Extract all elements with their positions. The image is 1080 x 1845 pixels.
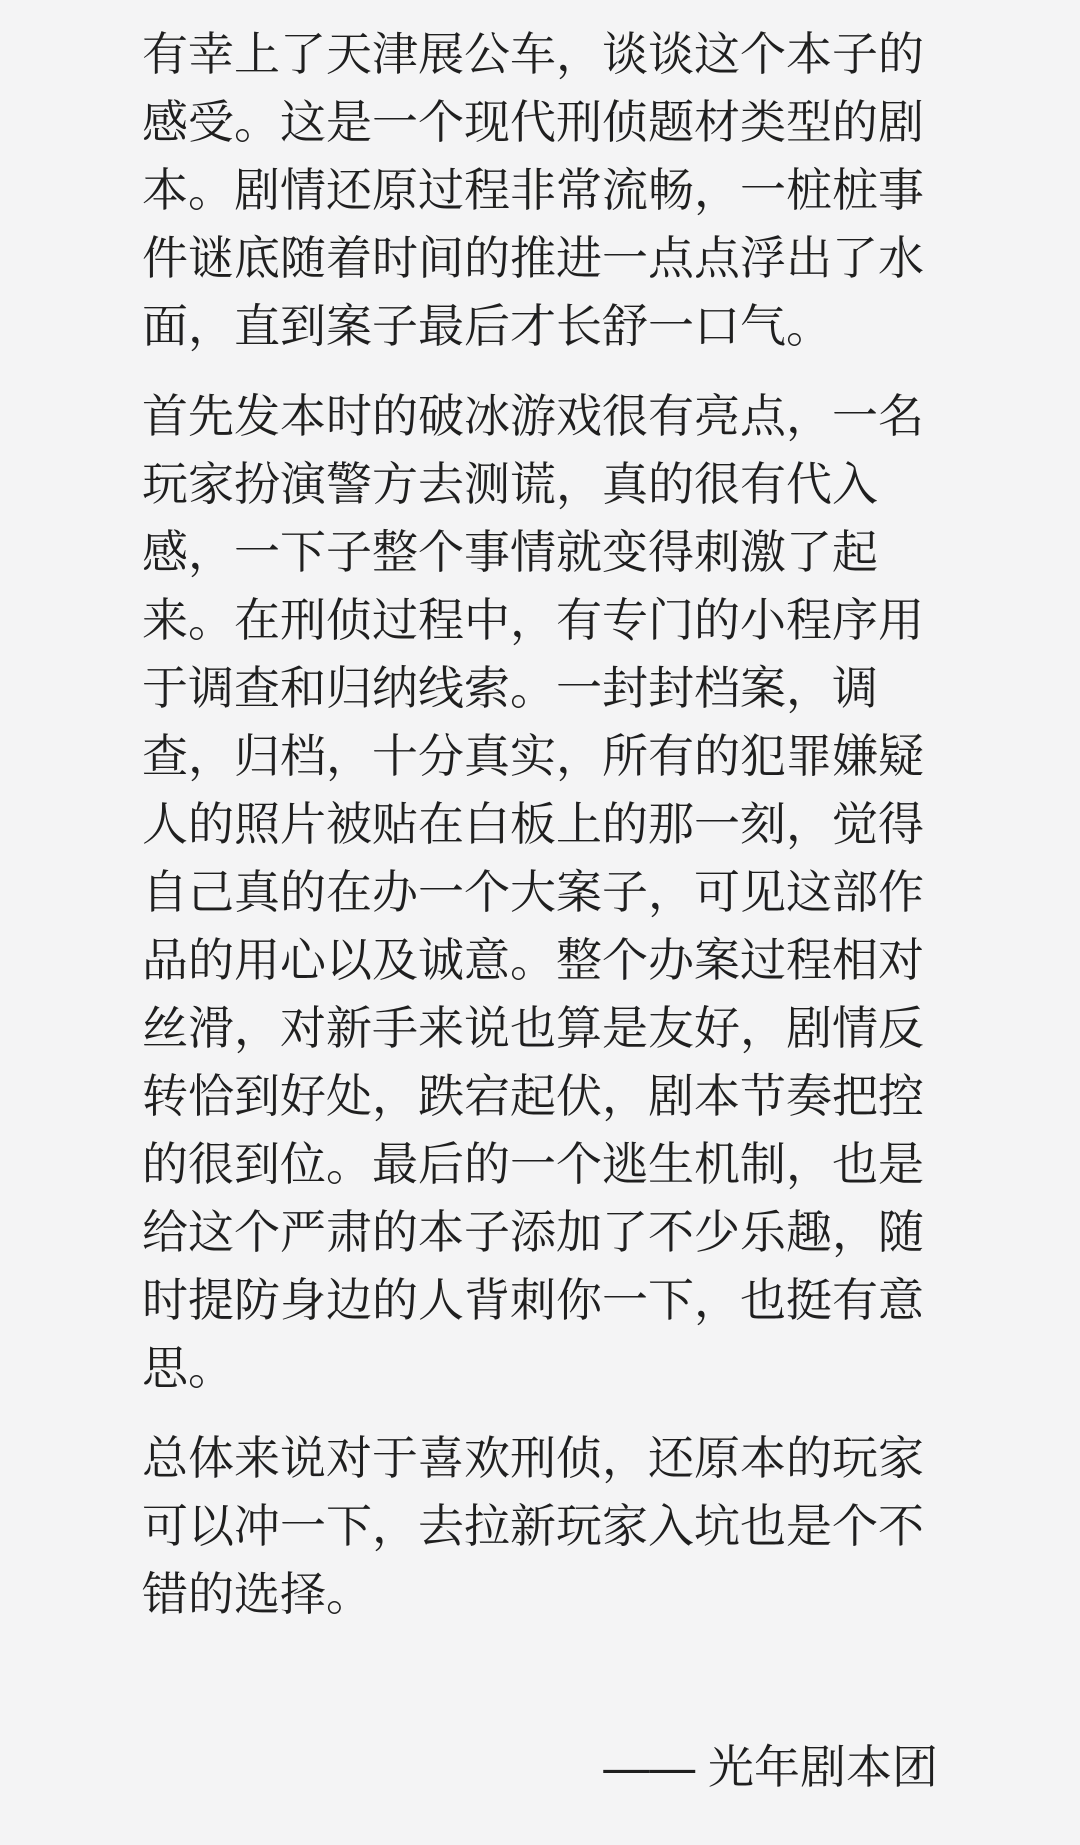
review-paragraph-3: 总体来说对于喜欢刑侦，还原本的玩家可以冲一下，去拉新玩家入坑也是个不错的选择。 xyxy=(142,1424,938,1628)
signature: —— 光年剧本团 xyxy=(142,1733,938,1801)
review-paragraph-2: 首先发本时的破冰游戏很有亮点，一名玩家扮演警方去测谎，真的很有代入感，一下子整个… xyxy=(142,382,938,1402)
review-paragraph-1: 有幸上了天津展公车，谈谈这个本子的感受。这是一个现代刑侦题材类型的剧本。剧情还原… xyxy=(142,20,938,360)
review-article: 有幸上了天津展公车，谈谈这个本子的感受。这是一个现代刑侦题材类型的剧本。剧情还原… xyxy=(0,0,1080,1801)
